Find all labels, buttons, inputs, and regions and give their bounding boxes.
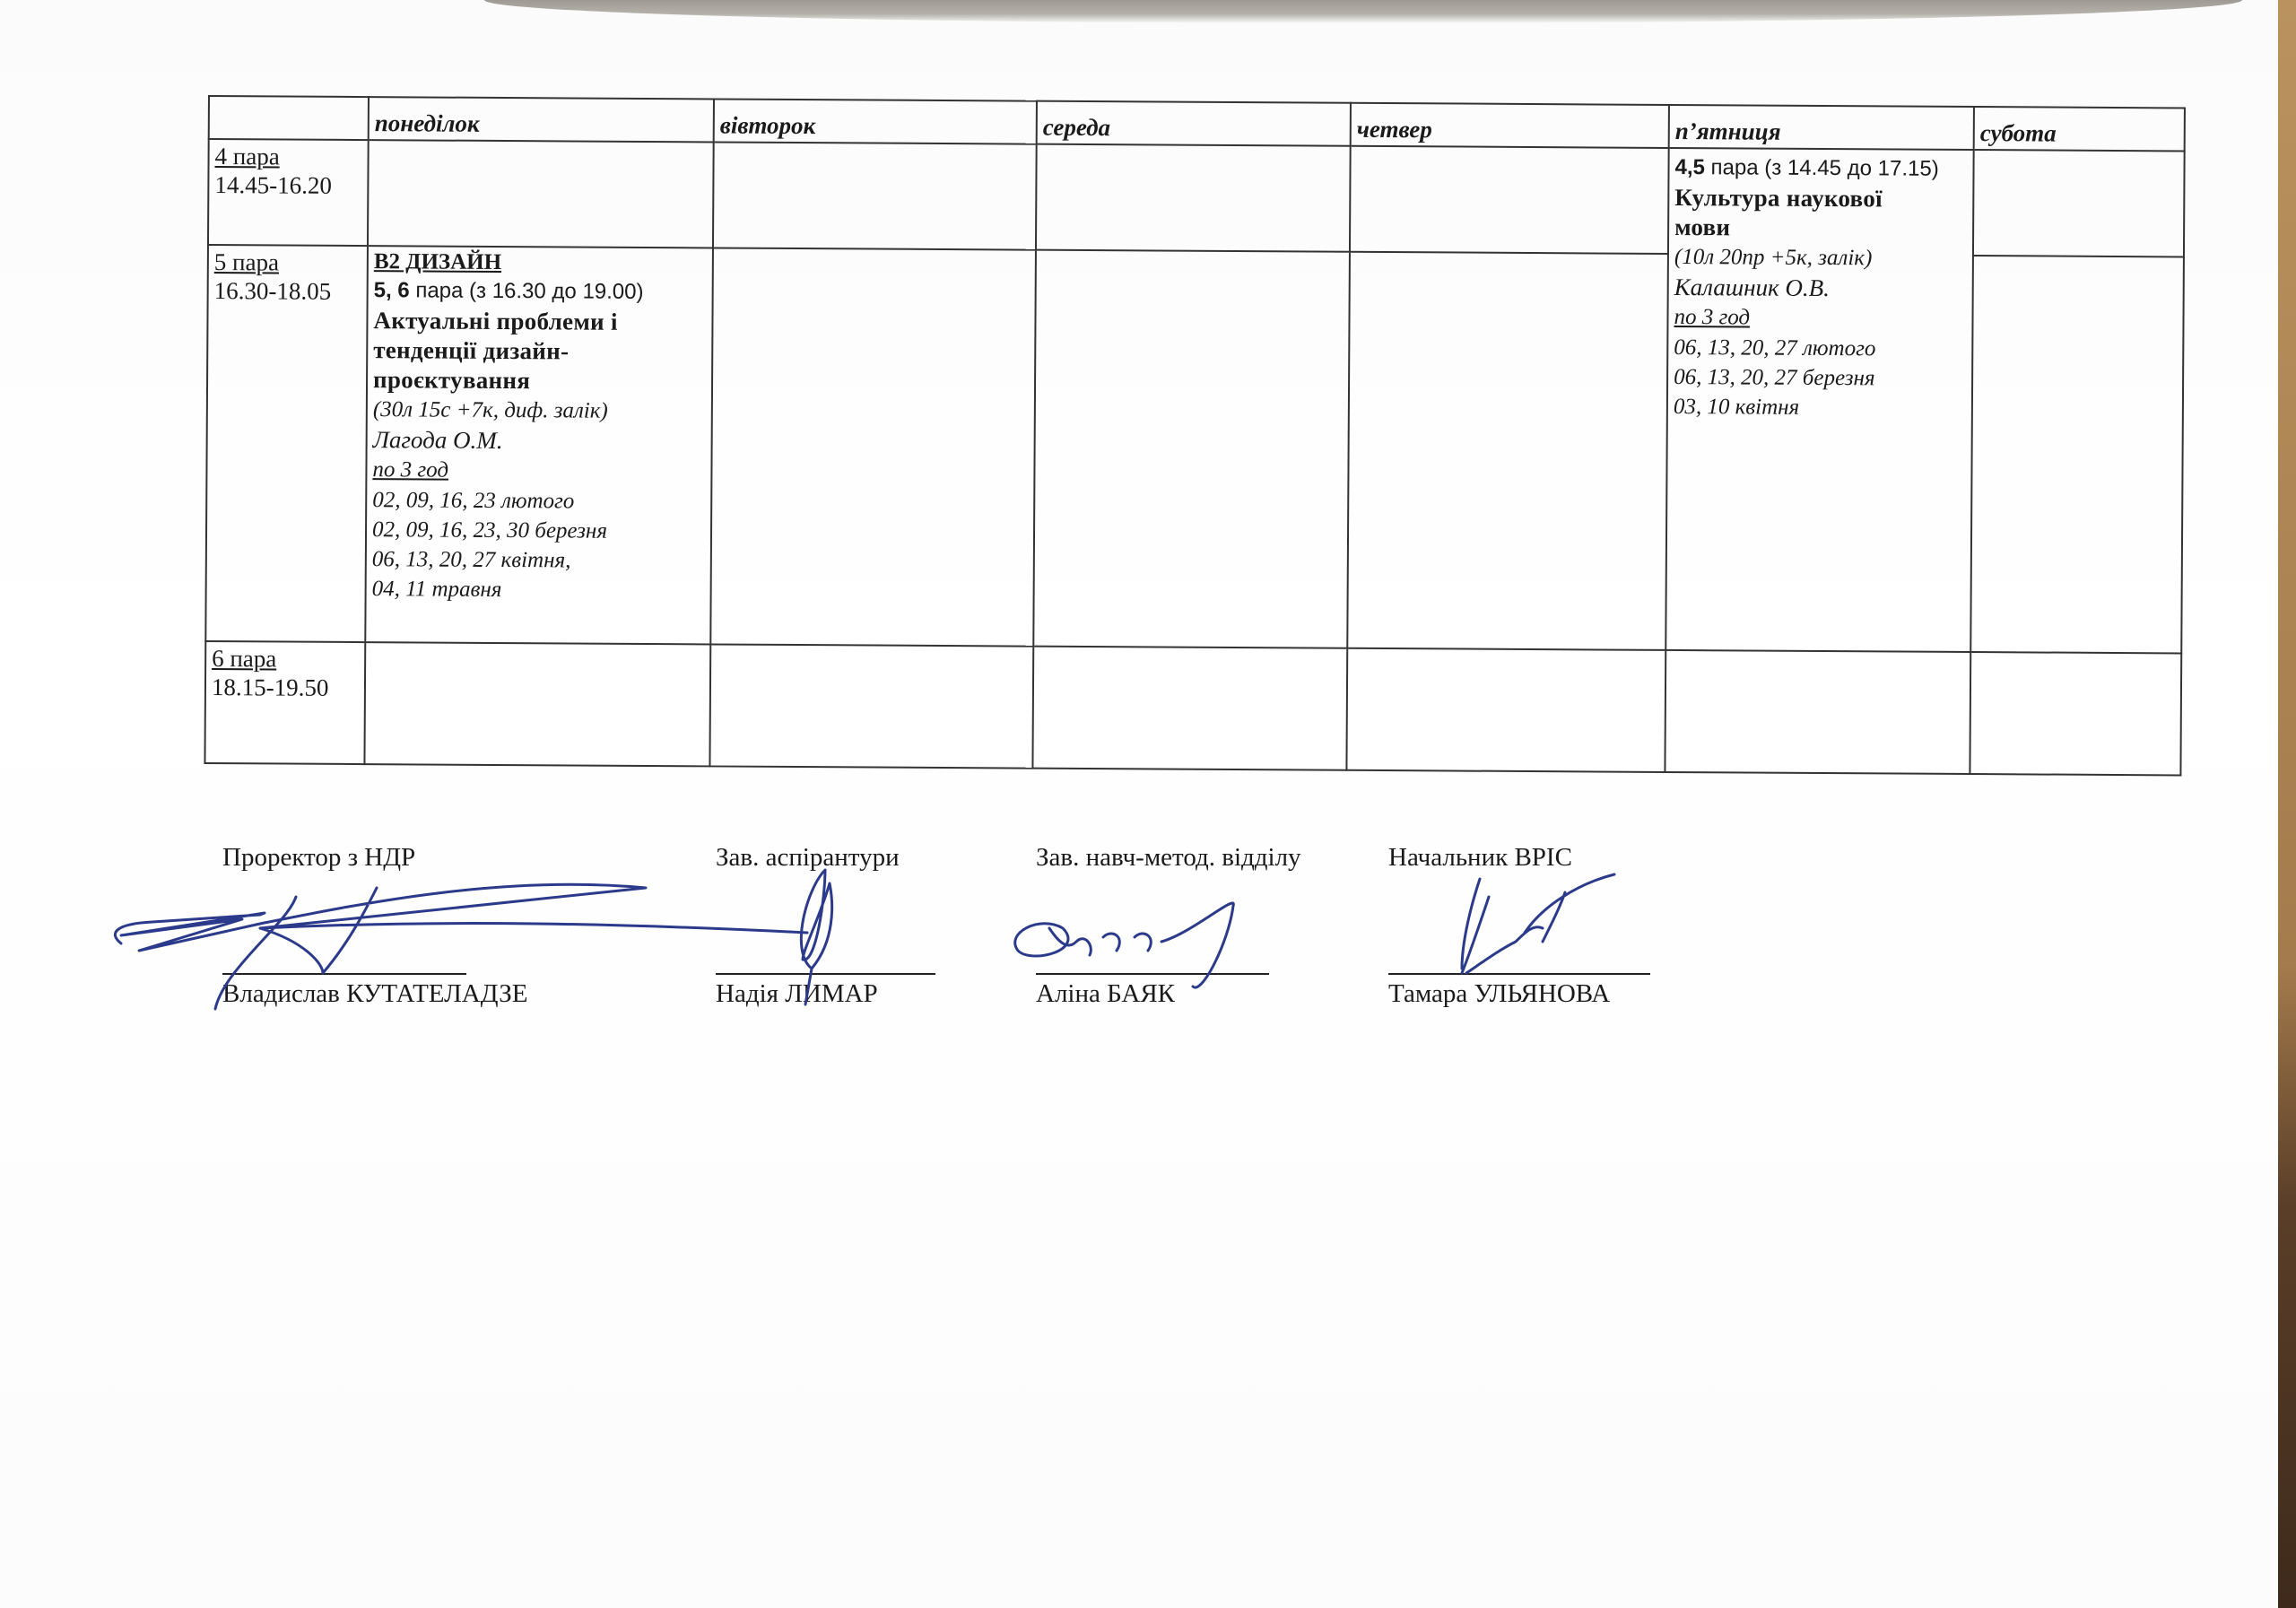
cell-monday-4 bbox=[368, 140, 714, 248]
slot-time: 16.30-18.05 bbox=[214, 276, 361, 306]
table-row: 6 пара 18.15-19.50 bbox=[204, 641, 2181, 775]
monday-hours-per-session: по 3 год bbox=[372, 455, 705, 487]
signature-position: Зав. навч-метод. відділу bbox=[1036, 843, 1301, 873]
table-surface bbox=[2278, 0, 2296, 1608]
slot-time: 18.15-19.50 bbox=[212, 673, 359, 702]
slot-cell: 5 пара 16.30-18.05 bbox=[205, 245, 368, 642]
friday-subject-cont: мови bbox=[1674, 213, 1967, 244]
header-friday: п’ятниця bbox=[1669, 105, 1974, 150]
cell-saturday-4 bbox=[1973, 150, 2185, 256]
cell-wednesday-6 bbox=[1032, 647, 1347, 770]
signature-name: Владислав КУТАТЕЛАДЗЕ bbox=[222, 979, 527, 1009]
monday-subject-cont: тенденції дизайн- bbox=[373, 335, 706, 367]
monday-dates: 02, 09, 16, 23, 30 березня bbox=[372, 515, 705, 546]
header-monday: понеділок bbox=[369, 97, 714, 142]
schedule-table: понеділок вівторок середа четвер п’ятниц… bbox=[204, 95, 2186, 776]
signature-position: Начальник ВРІС bbox=[1388, 843, 1572, 873]
signature-line bbox=[222, 973, 466, 975]
friday-hours-breakdown: (10л 20пр +5к, залік) bbox=[1674, 242, 1967, 274]
signature-position: Проректор з НДР bbox=[222, 843, 415, 873]
cell-friday-class: 4,5 пара (з 14.45 до 17.15) Культура нау… bbox=[1665, 148, 1973, 652]
signature-name: Аліна БАЯК bbox=[1036, 979, 1175, 1009]
cell-saturday-5 bbox=[1970, 256, 2184, 653]
monday-dates: 06, 13, 20, 27 квітня, bbox=[372, 544, 705, 576]
cell-tuesday-4 bbox=[713, 142, 1037, 249]
monday-group: В2 ДИЗАЙН bbox=[374, 248, 707, 277]
cell-thursday-5 bbox=[1347, 252, 1668, 650]
cell-friday-6 bbox=[1665, 650, 1970, 774]
monday-dates: 02, 09, 16, 23 лютого bbox=[372, 485, 705, 517]
friday-hours-per-session: по 3 год bbox=[1674, 302, 1966, 335]
monday-dates: 04, 11 травня bbox=[372, 574, 705, 605]
slot-cell: 4 пара 14.45-16.20 bbox=[208, 139, 369, 246]
friday-teacher: Калашник О.В. bbox=[1674, 272, 1967, 304]
monday-subject: Актуальні проблеми і bbox=[373, 306, 706, 337]
slot-name: 5 пара bbox=[214, 248, 361, 277]
friday-dates: 06, 13, 20, 27 лютого bbox=[1674, 333, 1966, 364]
cell-thursday-6 bbox=[1346, 648, 1665, 772]
signature-line bbox=[716, 973, 935, 975]
signature-name: Тамара УЛЬЯНОВА bbox=[1388, 979, 1610, 1009]
cell-monday-6 bbox=[364, 642, 710, 766]
signature-name: Надія ЛИМАР bbox=[716, 979, 878, 1009]
cell-tuesday-5 bbox=[710, 248, 1036, 646]
cell-tuesday-6 bbox=[709, 644, 1033, 768]
header-tuesday: вівторок bbox=[714, 99, 1037, 143]
table-row: 4 пара 14.45-16.20 4,5 пара (з 14.45 до … bbox=[208, 139, 2185, 256]
signature-line bbox=[1036, 973, 1269, 975]
header-wednesday: середа bbox=[1037, 101, 1351, 146]
header-thursday: четвер bbox=[1351, 103, 1669, 148]
slot-cell: 6 пара 18.15-19.50 bbox=[204, 641, 365, 764]
monday-hours-breakdown: (30л 15с +7к, диф. залік) bbox=[373, 395, 706, 426]
slot-name: 6 пара bbox=[212, 644, 359, 674]
cell-thursday-4 bbox=[1350, 146, 1669, 254]
friday-pairs: 4,5 пара (з 14.45 до 17.15) bbox=[1674, 152, 1967, 185]
signature-line bbox=[1388, 973, 1650, 975]
header-corner bbox=[209, 96, 369, 140]
cell-wednesday-5 bbox=[1033, 250, 1350, 648]
friday-dates: 03, 10 квітня bbox=[1674, 392, 1966, 423]
signature-position: Зав. аспірантури bbox=[716, 843, 900, 873]
friday-dates: 06, 13, 20, 27 березня bbox=[1674, 362, 1966, 394]
monday-subject-cont: проєктування bbox=[373, 365, 706, 396]
cell-wednesday-4 bbox=[1036, 144, 1351, 252]
cell-monday-class: В2 ДИЗАЙН 5, 6 пара (з 16.30 до 19.00) А… bbox=[365, 246, 713, 644]
friday-subject: Культура наукової bbox=[1674, 183, 1967, 214]
slot-time: 14.45-16.20 bbox=[214, 170, 361, 200]
cell-saturday-6 bbox=[1970, 652, 2181, 775]
header-saturday: субота bbox=[1974, 107, 2185, 151]
monday-teacher: Лагода О.М. bbox=[373, 424, 706, 456]
monday-pairs: 5, 6 пара (з 16.30 до 19.00) bbox=[374, 275, 707, 308]
slot-name: 4 пара bbox=[214, 142, 361, 171]
